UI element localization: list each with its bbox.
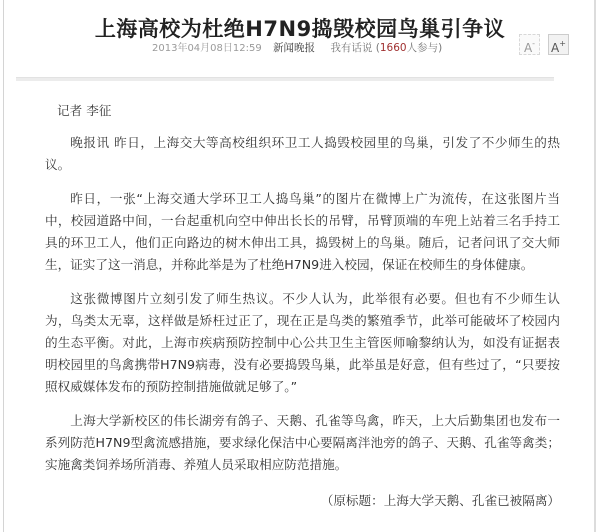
font-decrease-icon: A bbox=[524, 41, 532, 55]
news-source-link[interactable]: 新闻晚报 bbox=[273, 42, 315, 54]
comment-count: 1660 bbox=[380, 42, 407, 54]
byline: 记者 李征 bbox=[57, 100, 560, 122]
page-border-left bbox=[3, 0, 4, 532]
publish-date: 2013年04月08日12:59 bbox=[152, 43, 262, 54]
original-title-note: （原标题：上海大学天鹅、孔雀已被隔离） bbox=[45, 490, 560, 512]
header-divider bbox=[16, 77, 554, 81]
comment-prefix: 我有话说 ( bbox=[330, 42, 379, 54]
paragraph: 这张微博图片立刻引发了师生热议。不少人认为，此举很有必要。但也有不少师生认为，鸟… bbox=[45, 288, 560, 398]
plus-sign: + bbox=[559, 39, 566, 48]
page-border-right bbox=[594, 0, 596, 532]
font-decrease-button[interactable]: A- bbox=[519, 34, 540, 55]
font-increase-button[interactable]: A+ bbox=[548, 34, 569, 55]
paragraph: 昨日，一张“上海交通大学环卫工人捣鸟巢”的图片在微博上广为流传，在这张图片当中，… bbox=[45, 188, 560, 276]
article-meta: 2013年04月08日12:59 新闻晚报 我有话说 (1660人参与) bbox=[152, 40, 442, 56]
paragraph: 上海大学新校区的伟长湖旁有鸽子、天鹅、孔雀等鸟禽，昨天，上大后勤集团也发布一系列… bbox=[45, 410, 560, 476]
comment-suffix: 人参与) bbox=[407, 42, 443, 54]
article-title: 上海高校为杜绝H7N9捣毁校园鸟巢引争议 bbox=[0, 16, 600, 42]
comment-link[interactable]: 我有话说 (1660人参与) bbox=[330, 42, 442, 54]
minus-sign: - bbox=[532, 39, 535, 48]
paragraph: 晚报讯 昨日，上海交大等高校组织环卫工人捣毁校园里的鸟巢，引发了不少师生的热议。 bbox=[45, 132, 560, 176]
article-body: 记者 李征 晚报讯 昨日，上海交大等高校组织环卫工人捣毁校园里的鸟巢，引发了不少… bbox=[45, 100, 560, 524]
